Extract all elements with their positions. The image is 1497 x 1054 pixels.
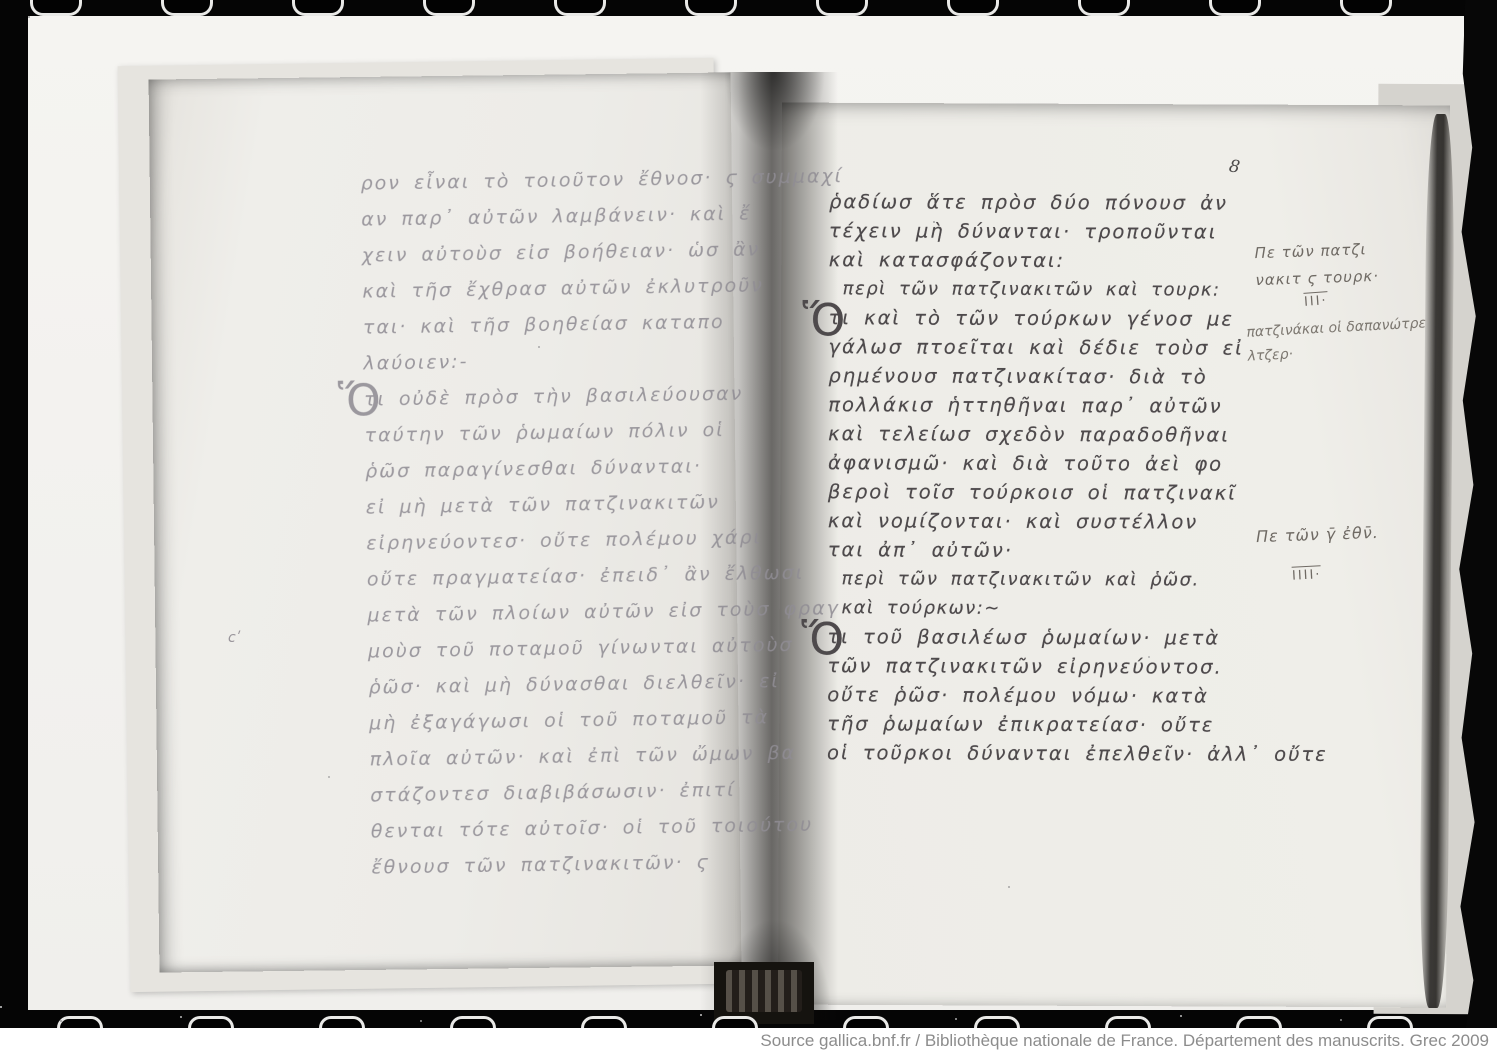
line-text: εἰ μὴ μετὰ τῶν πατζινακιτῶν (366, 491, 720, 519)
line-text: νακιτ ϛ τουρκ· (1255, 267, 1379, 289)
manuscript-line: ῥαδίωσ ἅτε πρὸσ δύο πόνουσ ἀν (829, 187, 1269, 218)
line-text: τι τοῦ βασιλέωσ ῥωμαίων· μετὰ (827, 625, 1220, 649)
gallica-attribution: Source gallica.bnf.fr / Bibliothèque nat… (0, 1028, 1497, 1054)
line-text: ῥῶσ παραγίνεσθαι δύνανται· (365, 455, 702, 482)
line-text: ταύτην τῶν ῥωμαίων πόλιν οἱ (364, 419, 724, 447)
right-page-text: ῥαδίωσ ἅτε πρὸσ δύο πόνουσ ἀντέχειν μὴ δ… (827, 187, 1269, 769)
line-text: ται ἀπ᾽ αὐτῶν· (828, 538, 1013, 562)
sprocket-hole (947, 0, 999, 16)
manuscript-line: ἀφανισμῶ· καὶ διὰ τοῦτο ἀεὶ φο (828, 448, 1268, 479)
sprocket-hole (292, 0, 344, 16)
sprocket-hole (685, 0, 737, 16)
line-text: στάζοντεσ διαβιβάσωσιν· ἐπιτί (370, 779, 736, 807)
line-text: οὔτε ῥῶσ· πολέμου νόμω· κατὰ (827, 683, 1209, 707)
endband-weave (726, 970, 802, 1012)
line-text: λτζερ· (1247, 346, 1293, 364)
manuscript-line: τῶν πατζινακιτῶν εἰρηνεύοντοσ. (827, 651, 1267, 682)
manuscript-line: οἱ τοῦρκοι δύνανται ἐπελθεῖν· ἀλλ᾽ οὔτε (827, 738, 1267, 769)
line-text: εἰρηνεύοντεσ· οὔτε πολέμου χάρι (366, 526, 762, 554)
line-text: ῥῶσ· καὶ μὴ δύνασθαι διελθεῖν· εἰ (368, 670, 779, 698)
margin-note-chapter-pechenegs-turks: Πε τῶν πατζινακιτ ϛ τουρκ· (1254, 236, 1379, 294)
line-text: καὶ τούρκων:~ (842, 597, 1001, 619)
line-text: τέχειν μὴ δύνανται· τροποῦνται (829, 219, 1218, 243)
manuscript-line: Πε τῶν πατζι (1254, 236, 1378, 267)
manuscript-line: περὶ τῶν πατζινακιτῶν καὶ ῥῶσ. (842, 564, 1268, 594)
chapter-number-iii: ΙΙΙ· (1303, 291, 1328, 310)
line-text: καὶ τῆσ ἔχθρασ αὐτῶν ἐκλυτροῦν (362, 274, 764, 302)
line-text: καὶ τελείωσ σχεδὸν παραδοθῆναι (828, 422, 1230, 446)
line-text: καὶ νομίζονται· καὶ συστέλλον (828, 509, 1198, 533)
line-text: περὶ τῶν πατζινακιτῶν καὶ ῥῶσ. (842, 568, 1200, 590)
microfilm-frame: ρον εἶναι τὸ τοιοῦτον ἔθνοσ· ϛ συμμαχίαν… (0, 0, 1497, 1054)
manuscript-line: τῆσ ῥωμαίων ἐπικρατείασ· οὔτε (827, 709, 1267, 740)
sprocket-hole (554, 0, 606, 16)
margin-gloss-pechenegs: πατζινάκαι οἱ δαπανώτρελτζερ· (1246, 311, 1428, 368)
left-margin-mark: ϲʹ (228, 630, 240, 646)
manuscript-line: γάλωσ πτοεῖται καὶ δέδιε τοὺσ εἰ (828, 332, 1268, 363)
line-text: γάλωσ πτοεῖται καὶ δέδιε τοὺσ εἰ (828, 335, 1243, 359)
sprocket-hole (1078, 0, 1130, 16)
chapter-number-iiii: ΙΙΙΙ· (1292, 565, 1322, 584)
manuscript-line: καὶ νομίζονται· καὶ συστέλλον (828, 506, 1268, 537)
sprocket-hole (30, 0, 82, 16)
film-dust (0, 1006, 2, 1008)
photograph: ρον εἶναι τὸ τοιοῦτον ἔθνοσ· ϛ συμμαχίαν… (28, 16, 1464, 1010)
sprocket-hole (1340, 0, 1392, 16)
line-text: μοὺσ τοῦ ποταμοῦ γίνωνται αὐτοὺσ (368, 634, 794, 663)
line-text: τῆσ ῥωμαίων ἐπικρατείασ· οὔτε (827, 712, 1214, 736)
line-text: χειν αὐτοὺσ εἰσ βοήθειαν· ὡσ ἂν (362, 238, 761, 266)
manuscript-line: Ὅτι τοῦ βασιλέωσ ῥωμαίων· μετὰ (827, 622, 1267, 653)
line-text: ἔθνουσ τῶν πατζινακιτῶν· ϛ (371, 851, 710, 878)
manuscript-line: Πε τῶν γ̄ ἐθν̄. (1256, 520, 1380, 550)
sprocket-hole (423, 0, 475, 16)
manuscript-line: Ὅτι καὶ τὸ τῶν τούρκων γένοσ με (829, 303, 1269, 334)
manuscript-line: τέχειν μὴ δύνανται· τροποῦνται (829, 216, 1269, 247)
line-text: αν παρ᾽ αὐτῶν λαμβάνειν· καὶ ἔ (361, 202, 752, 230)
line-text: λαύοιεν:- (363, 351, 468, 375)
line-text: μετὰ τῶν πλοίων αὐτῶν εἰσ τοὺσ φραγ (367, 597, 840, 626)
manuscript-line: καὶ τούρκων:~ (841, 593, 1267, 623)
line-text: καὶ κατασφάζονται: (829, 248, 1065, 272)
dust-specks (28, 16, 30, 18)
left-page-text: ρον εἶναι τὸ τοιοῦτον ἔθνοσ· ϛ συμμαχίαν… (360, 159, 791, 886)
line-text: περὶ τῶν πατζινακιτῶν καὶ τουρκ: (843, 278, 1221, 300)
manuscript-line: περὶ τῶν πατζινακιτῶν καὶ τουρκ: (843, 274, 1269, 304)
manuscript-line: ρημένουσ πατζινακίτασ· διὰ τὸ (828, 361, 1268, 392)
line-text: βεροὶ τοῖσ τούρκοισ οἱ πατζινακῖ (828, 480, 1237, 504)
line-text: μὴ ἐξαγάγωσι οἱ τοῦ ποταμοῦ τὰ (369, 706, 769, 734)
line-text: πολλάκισ ἡττηθῆναι παρ᾽ αὐτῶν (828, 393, 1222, 417)
line-text: Πε τῶν πατζι (1254, 240, 1367, 262)
sprocket-hole (1209, 0, 1261, 16)
line-text: ται· καὶ τῆσ βοηθείασ καταπο (363, 311, 725, 339)
line-text: οἱ τοῦρκοι δύνανται ἐπελθεῖν· ἀλλ᾽ οὔτε (827, 741, 1328, 766)
line-text: τι καὶ τὸ τῶν τούρκων γένοσ με (829, 306, 1234, 330)
line-text: ρημένουσ πατζινακίτασ· διὰ τὸ (828, 364, 1207, 388)
manuscript-line: ται ἀπ᾽ αὐτῶν· (828, 535, 1268, 566)
line-text: τι οὐδὲ πρὸσ τὴν βασιλεύουσαν (364, 382, 744, 410)
margin-note-three-nations: Πε τῶν γ̄ ἐθν̄. (1256, 520, 1380, 550)
line-text: τῶν πατζινακιτῶν εἰρηνεύοντοσ. (827, 654, 1222, 678)
manuscript-line: βεροὶ τοῖσ τούρκοισ οἱ πατζινακῖ (828, 477, 1268, 508)
line-text: οὔτε πραγματείασ· ἐπειδ᾽ ἂν ἔλθωσι (367, 561, 805, 590)
manuscript-line: καὶ τελείωσ σχεδὸν παραδοθῆναι (828, 419, 1268, 450)
line-text: ρον εἶναι τὸ τοιοῦτον ἔθνοσ· ϛ συμμαχί (360, 165, 843, 195)
line-text: ῥαδίωσ ἅτε πρὸσ δύο πόνουσ ἀν (829, 190, 1228, 214)
manuscript-line: οὔτε ῥῶσ· πολέμου νόμω· κατὰ (827, 680, 1267, 711)
line-text: πλοῖα αὐτῶν· καὶ ἐπὶ τῶν ὤμων βα (370, 742, 797, 771)
line-text: Πε τῶν γ̄ ἐθν̄. (1256, 523, 1379, 546)
manuscript-line: πολλάκισ ἡττηθῆναι παρ᾽ αὐτῶν (828, 390, 1268, 421)
manuscript-line: καὶ κατασφάζονται: (829, 245, 1269, 276)
manuscript-line: νακιτ ϛ τουρκ· (1255, 263, 1379, 294)
manuscript-line: ἔθνουσ τῶν πατζινακιτῶν· ϛ (371, 843, 792, 886)
line-text: ἀφανισμῶ· καὶ διὰ τοῦτο ἀεὶ φο (828, 451, 1223, 475)
sprocket-hole (161, 0, 213, 16)
line-text: θενται τότε αὐτοῖσ· οἱ τοῦ τοιούτου (371, 813, 814, 842)
sprocket-hole (816, 0, 868, 16)
